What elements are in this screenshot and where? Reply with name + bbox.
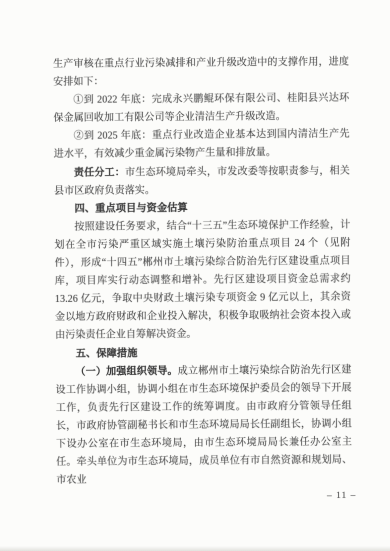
section-heading: 四、重点项目与资金估算	[54, 198, 350, 218]
document-page: 生产审核在重点行业污染减排和产业升级改造中的支撑作用，进度安排如下：①到 202…	[0, 0, 390, 551]
body-paragraph: 生产审核在重点行业污染减排和产业升级改造中的支撑作用，进度安排如下：	[53, 54, 349, 93]
body-paragraph: 按照建设任务要求，结合“十三五”生态环境保护工作经验，计划在全市污染严重区域实施…	[54, 217, 351, 346]
body-paragraph: （一）加强组织领导。成立郴州市土壤污染综合防治先行区建设工作协调小组，协调小组在…	[55, 361, 352, 490]
paragraph-lead: （一）加强组织领导。	[75, 366, 177, 378]
body-paragraph: ①到 2022 年底：完成永兴鹏鲲环保有限公司、桂阳县兴达环保金属回收加工有限公…	[53, 90, 349, 129]
body-paragraph: ②到 2025 年底：重点行业改造企业基本达到国内清洁生产先进水平，有效减少重金…	[54, 126, 350, 165]
body-paragraph: 责任分工：市生态环境局牵头，市发改委等按职责参与，相关县市区政府负责落实。	[54, 162, 350, 201]
page-body: 生产审核在重点行业污染减排和产业升级改造中的支撑作用，进度安排如下：①到 202…	[53, 54, 352, 491]
page-number: – 11 –	[327, 491, 356, 501]
paragraph-lead: 责任分工：	[74, 167, 125, 178]
section-heading: 五、保障措施	[55, 343, 351, 363]
